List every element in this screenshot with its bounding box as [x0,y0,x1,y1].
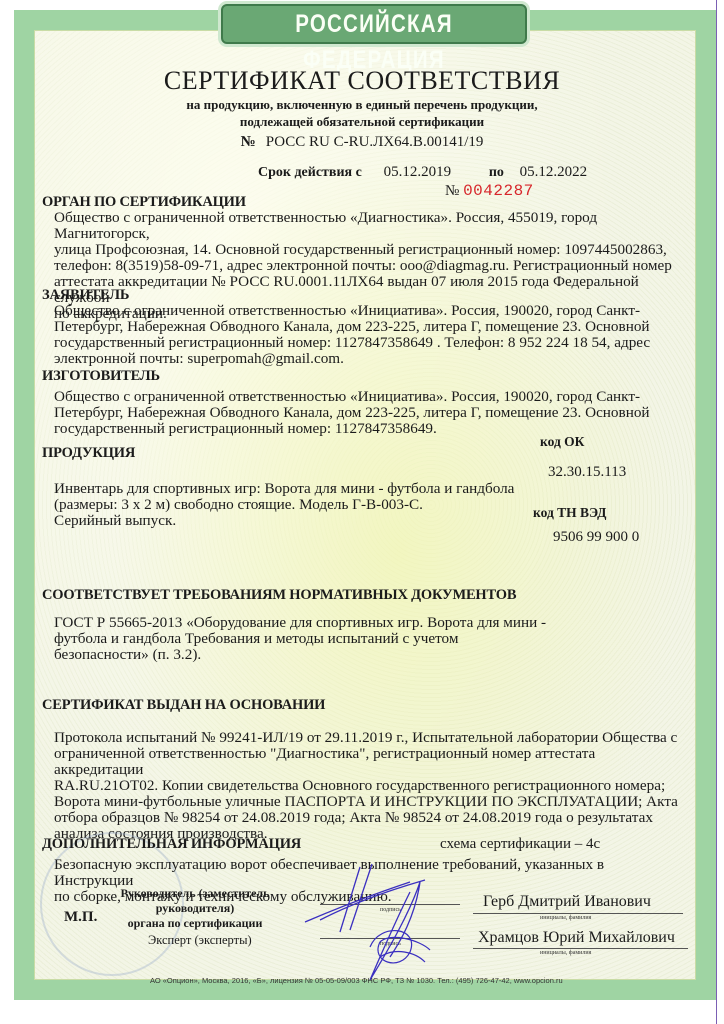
number-sign: № [241,134,256,150]
section-heading-standards: СООТВЕТСТВУЕТ ТРЕБОВАНИЯМ НОРМАТИВНЫХ ДО… [42,587,516,604]
text-line: Общество с ограниченной ответственностью… [54,389,684,405]
document-title: СЕРТИФИКАТ СООТВЕТСТВИЯ [0,66,724,96]
expert-name: Храмцов Юрий Михайлович [478,929,675,947]
text-line: футбола и гандбола Требования и методы и… [54,631,684,647]
section-heading-additional: ДОПОЛНИТЕЛЬНАЯ ИНФОРМАЦИЯ [42,836,301,853]
text-line: ограниченной ответственностью "Диагности… [54,746,684,778]
page-edge-line [716,0,717,1024]
serial-number: № 0042287 [445,182,534,200]
text-line: Общество с ограниченной ответственностью… [54,303,684,319]
certification-scheme: схема сертификации – 4с [440,836,600,853]
text-line: отбора образцов № 98254 от 24.08.2019 го… [54,810,684,826]
section-heading-manufacturer: ИЗГОТОВИТЕЛЬ [42,368,160,385]
head-signatory-label: Руководитель (заместитель руководителя) … [90,886,300,931]
section-heading-basis: СЕРТИФИКАТ ВЫДАН НА ОСНОВАНИИ [42,697,325,714]
validity-from-label: Срок действия с [258,165,362,180]
text-line: Серийный выпуск. [54,513,534,529]
applicant-text: Общество с ограниченной ответственностью… [54,303,684,367]
basis-text: Протокола испытаний № 99241-ИЛ/19 от 29.… [54,730,684,842]
serial-number-value: 0042287 [463,182,534,200]
validity-to-label: по [489,165,504,180]
name-caption-expert: инициалы, фамилия [540,950,591,956]
name-line-expert [473,948,688,949]
standards-text: ГОСТ Р 55665-2013 «Оборудование для спор… [54,615,684,663]
text-line: электронной почты: superpomah@gmail.com. [54,351,684,367]
serial-number-sign: № [445,183,459,199]
text-line: государственный регистрационный номер: 1… [54,335,684,351]
text-line: Протокола испытаний № 99241-ИЛ/19 от 29.… [54,730,684,746]
text-line: (размеры: 3 х 2 м) свободно стоящие. Мод… [54,497,534,513]
text-line: Инвентарь для спортивных игр: Ворота для… [54,481,534,497]
validity-period: Срок действия с 05.12.2019 по 05.12.2022 [258,164,587,181]
tnved-code-value: 9506 99 900 0 [553,529,639,546]
head-label-line-2: органа по сертификации [90,916,300,931]
subtitle-line-2: подлежащей обязательной сертификации [0,114,724,130]
text-line: ГОСТ Р 55665-2013 «Оборудование для спор… [54,615,684,631]
country-banner: РОССИЙСКАЯ ФЕДЕРАЦИЯ [221,4,527,44]
text-line: RA.RU.21ОТ02. Копии свидетельства Основн… [54,778,684,794]
handwritten-signatures [300,862,480,987]
text-line: Петербург, Набережная Обводного Канала, … [54,405,684,421]
subtitle-line-1: на продукцию, включенную в единый перече… [0,97,724,113]
text-line: государственный регистрационный номер: 1… [54,421,684,437]
tnved-code-label: код ТН ВЭД [533,505,606,521]
certificate-number-value: РОСС RU C-RU.ЛХ64.В.00141/19 [266,134,484,150]
manufacturer-text: Общество с ограниченной ответственностью… [54,389,684,437]
ok-code-value: 32.30.15.113 [548,464,626,481]
seal-placeholder-mp: М.П. [64,909,97,926]
name-line-head [473,913,683,914]
head-label-line-1: Руководитель (заместитель руководителя) [90,886,300,916]
text-line: Петербург, Набережная Обводного Канала, … [54,319,684,335]
text-line: Ворота мини-футбольные уличные ПАСПОРТА … [54,794,684,810]
validity-from-date: 05.12.2019 [384,164,452,180]
expert-label: Эксперт (эксперты) [148,933,252,948]
validity-to-date: 05.12.2022 [520,164,588,180]
ok-code-label: код ОК [540,434,584,450]
head-signatory-name: Герб Дмитрий Иванович [483,893,651,911]
section-heading-product: ПРОДУКЦИЯ [42,445,135,462]
printer-footer: АО «Опцион», Москва, 2016, «Б», лицензия… [150,976,563,985]
product-text: Инвентарь для спортивных игр: Ворота для… [54,481,534,529]
text-line: телефон: 8(3519)58-09-71, адрес электрон… [54,258,684,274]
text-line: Общество с ограниченной ответственностью… [54,210,684,242]
certificate-number: №РОСС RU C-RU.ЛХ64.В.00141/19 [0,134,724,151]
text-line: улица Профсоюзная, 14. Основной государс… [54,242,684,258]
name-caption-head: инициалы, фамилия [540,915,591,921]
text-line: безопасности» (п. 3.2). [54,647,684,663]
